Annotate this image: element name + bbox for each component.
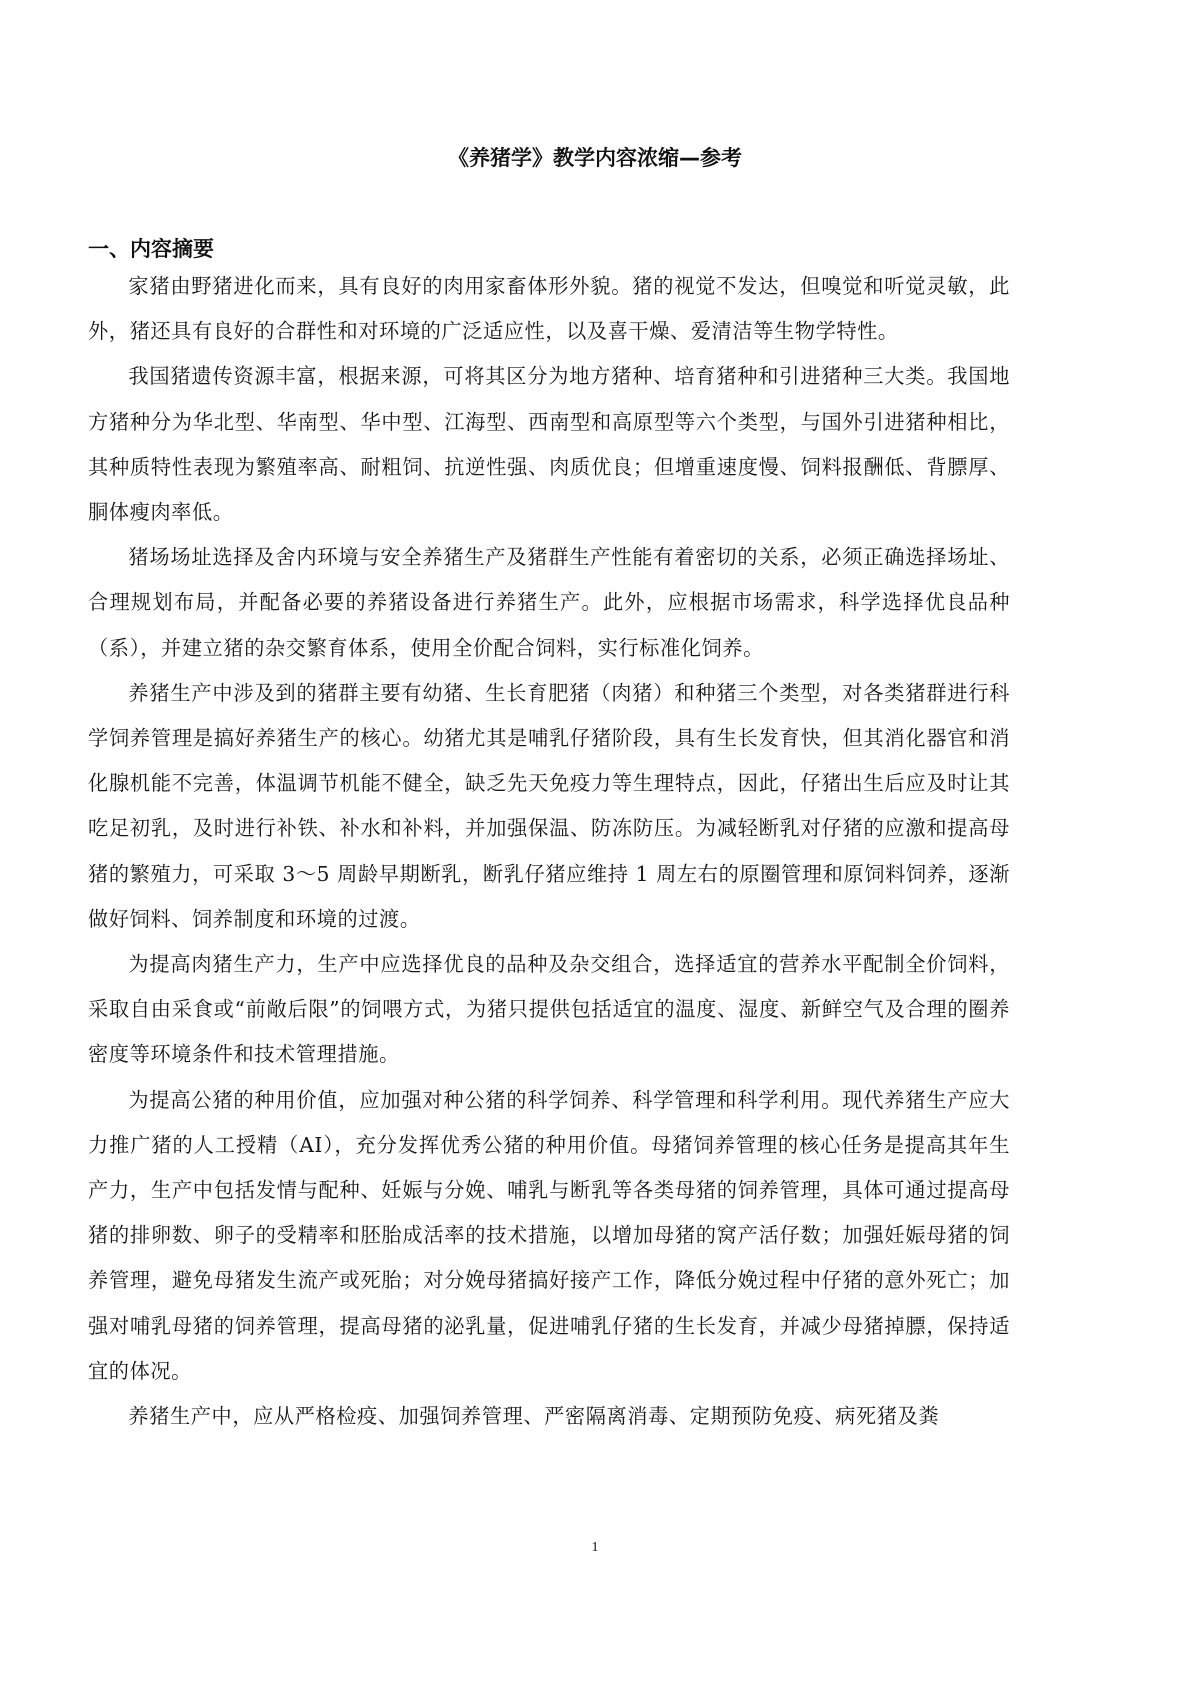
paragraph-biology: 家猪由野猪进化而来，具有良好的肉用家畜体形外貌。猪的视觉不发达，但嗅觉和听觉灵敏… bbox=[88, 264, 1010, 354]
document-title: 《养猪学》教学内容浓缩—参考 bbox=[0, 142, 1190, 172]
paragraph-farm-site: 猪场场址选择及舍内环境与安全养猪生产及猪群生产性能有着密切的关系，必须正确选择场… bbox=[88, 535, 1010, 671]
body-text: 家猪由野猪进化而来，具有良好的肉用家畜体形外貌。猪的视觉不发达，但嗅觉和听觉灵敏… bbox=[88, 264, 1010, 1439]
document-page: 《养猪学》教学内容浓缩—参考 一、内容摘要 家猪由野猪进化而来，具有良好的肉用家… bbox=[0, 0, 1190, 1683]
paragraph-piglets: 养猪生产中涉及到的猪群主要有幼猪、生长育肥猪（肉猪）和种猪三个类型，对各类猪群进… bbox=[88, 671, 1010, 942]
section-heading-summary: 一、内容摘要 bbox=[88, 233, 214, 263]
page-number: 1 bbox=[0, 1540, 1190, 1556]
paragraph-disease-control: 养猪生产中，应从严格检疫、加强饲养管理、严密隔离消毒、定期预防免疫、病死猪及粪 bbox=[88, 1394, 1010, 1439]
paragraph-breeds: 我国猪遗传资源丰富，根据来源，可将其区分为地方猪种、培育猪种和引进猪种三大类。我… bbox=[88, 354, 1010, 535]
paragraph-breeding-pigs: 为提高公猪的种用价值，应加强对种公猪的科学饲养、科学管理和科学利用。现代养猪生产… bbox=[88, 1078, 1010, 1394]
paragraph-finishing-pigs: 为提高肉猪生产力，生产中应选择优良的品种及杂交组合，选择适宜的营养水平配制全价饲… bbox=[88, 942, 1010, 1078]
